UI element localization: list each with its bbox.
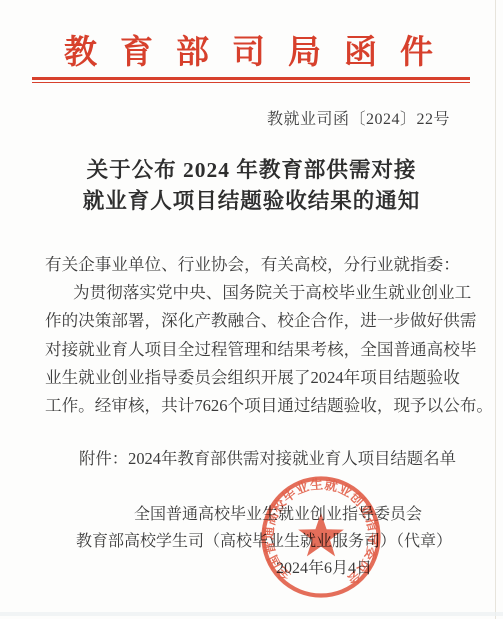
- document-reference-number: 教就业司函〔2024〕22号: [0, 106, 450, 129]
- notice-title: 关于公布 2024 年教育部供需对接 就业育人项目结题验收结果的通知: [0, 155, 503, 217]
- signature-organization: 全国普通高校毕业生就业创业指导委员会: [134, 501, 422, 524]
- paragraph-line: 业生就业创业指导委员会组织开展了2024年项目结题验收: [45, 364, 473, 392]
- scan-edge-bottom: [0, 612, 503, 616]
- paragraph-line: 为贯彻落实党中央、国务院关于高校毕业生就业创业工: [45, 279, 473, 307]
- letterhead-title: 教育部司局函件: [64, 26, 456, 73]
- notice-title-line2: 就业育人项目结题验收结果的通知: [0, 186, 503, 217]
- paragraph-line: 工作。经审核，共计7626个项目通过结题验收，现予以公布。: [45, 392, 473, 420]
- paragraph-line: 作的决策部署，深化产教融合、校企合作，进一步做好供需: [45, 307, 473, 335]
- letterhead-divider-rule: [32, 77, 470, 83]
- paragraph-line: 对接就业育人项目全过程管理和结果考核，全国普通高校毕: [45, 336, 473, 364]
- signature-department: 教育部高校学生司（高校毕业生就业服务司）（代章）: [76, 528, 452, 551]
- scan-edge-right: [495, 0, 496, 619]
- body-paragraph: 为贯彻落实党中央、国务院关于高校毕业生就业创业工 作的决策部署，深化产教融合、校…: [45, 279, 473, 420]
- scanned-letter-page: 教育部司局函件 教就业司函〔2024〕22号 关于公布 2024 年教育部供需对…: [0, 0, 503, 619]
- salutation-line: 有关企事业单位、行业协会，有关高校，分行业就指委：: [45, 251, 475, 275]
- notice-title-line1: 关于公布 2024 年教育部供需对接: [0, 155, 503, 186]
- signature-date: 2024年6月4日: [276, 555, 372, 578]
- attachment-line: 附件：2024年教育部供需对接就业育人项目结题名单: [79, 445, 456, 469]
